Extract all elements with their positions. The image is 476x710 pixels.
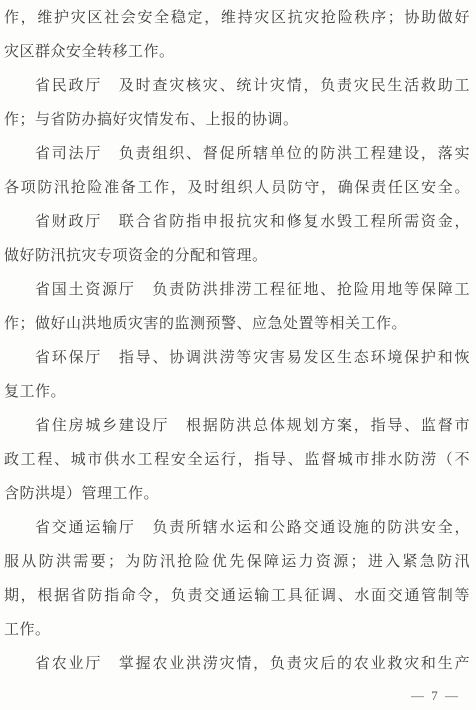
- doc-line: 服从防洪需要；为防汛抢险优先保障运力资源；进入紧急防汛: [4, 545, 470, 579]
- document-page: 作，维护灾区社会安全稳定，维持灾区抗灾抢险秩序；协助做好 灾区群众安全转移工作。…: [0, 0, 476, 710]
- doc-line: 省农业厅 掌握农业洪涝灾情，负责灾后的农业救灾和生产: [4, 647, 470, 681]
- doc-line: 省民政厅 及时查灾核灾、统计灾情，负责灾民生活救助工: [4, 69, 470, 103]
- doc-line: 省财政厅 联合省防指申报抗灾和修复水毁工程所需资金，: [4, 205, 470, 239]
- page-number: — 7 —: [411, 688, 460, 704]
- doc-line: 工作。: [4, 613, 470, 647]
- doc-line: 灾区群众安全转移工作。: [4, 35, 470, 69]
- doc-line: 省交通运输厅 负责所辖水运和公路交通设施的防洪安全，: [4, 511, 470, 545]
- doc-line: 省国土资源厅 负责防洪排涝工程征地、抢险用地等保障工: [4, 273, 470, 307]
- doc-line: 含防洪堤）管理工作。: [4, 477, 470, 511]
- doc-line: 作；做好山洪地质灾害的监测预警、应急处置等相关工作。: [4, 307, 470, 341]
- doc-line: 省环保厅 指导、协调洪涝等灾害易发区生态环境保护和恢: [4, 341, 470, 375]
- doc-line: 各项防汛抢险准备工作，及时组织人员防守，确保责任区安全。: [4, 171, 470, 205]
- document-body: 作，维护灾区社会安全稳定，维持灾区抗灾抢险秩序；协助做好 灾区群众安全转移工作。…: [4, 1, 470, 681]
- doc-line: 复工作。: [4, 375, 470, 409]
- doc-line: 期，根据省防指命令，负责交通运输工具征调、水面交通管制等: [4, 579, 470, 613]
- doc-line: 做好防汛抗灾专项资金的分配和管理。: [4, 239, 470, 273]
- doc-line: 政工程、城市供水工程安全运行，指导、监督城市排水防涝（不: [4, 443, 470, 477]
- doc-line: 省司法厅 负责组织、督促所辖单位的防洪工程建设，落实: [4, 137, 470, 171]
- doc-line: 作，维护灾区社会安全稳定，维持灾区抗灾抢险秩序；协助做好: [4, 1, 470, 35]
- doc-line: 省住房城乡建设厅 根据防洪总体规划方案，指导、监督市: [4, 409, 470, 443]
- doc-line: 作；与省防办搞好灾情发布、上报的协调。: [4, 103, 470, 137]
